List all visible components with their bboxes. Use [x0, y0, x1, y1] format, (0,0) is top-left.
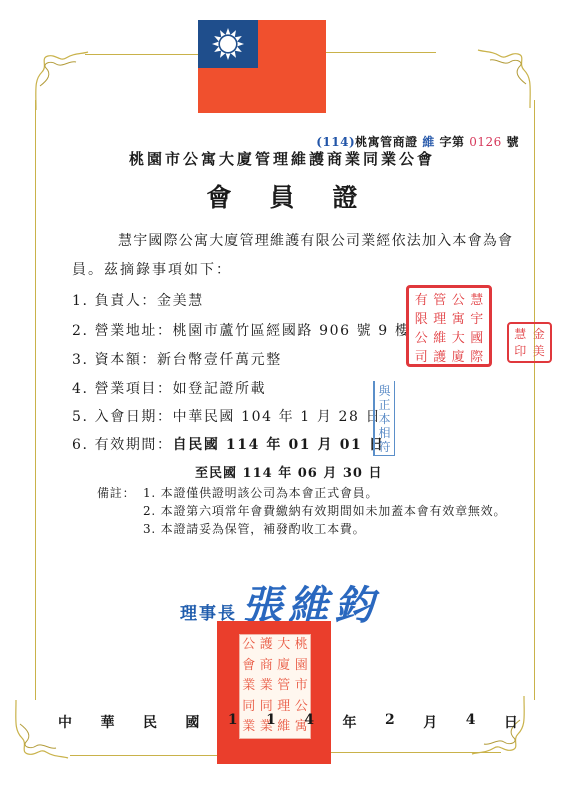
- seal-char: 國: [469, 330, 486, 347]
- seal-char: 會: [240, 656, 258, 677]
- seal-char: 宇: [469, 311, 486, 328]
- seal-char: 護: [432, 349, 449, 366]
- certificate-title: 會員證: [0, 178, 564, 214]
- seal-char: 司: [413, 349, 430, 366]
- cert-suffix: 號: [506, 135, 519, 149]
- date-year-digit: 1: [266, 712, 276, 732]
- stamp-char: 符: [375, 440, 394, 454]
- validity-end: 至民國 114 年 06 月 30 日: [195, 462, 382, 481]
- cert-prefix: (114): [316, 135, 355, 149]
- item-number: 2.: [72, 323, 89, 339]
- national-flag: [198, 20, 326, 113]
- item-label: 營業地址：: [95, 323, 173, 339]
- seal-char: 金: [530, 326, 549, 343]
- date-char: 年: [343, 712, 357, 732]
- seal-char: 園: [293, 656, 311, 677]
- association-seal: 公 護 大 桃 會 商 廈 園 業 業 管 市 同 同 理 公 業 業 維 寓: [217, 621, 331, 764]
- flag-canton: [198, 20, 258, 68]
- item-join-date: 5. 入會日期：中華民國 104 年 1 月 28 日: [72, 406, 381, 426]
- seal-char: 廈: [450, 349, 467, 366]
- seal-char: 業: [258, 676, 276, 697]
- date-char: 華: [100, 712, 114, 732]
- seal-char: 美: [530, 343, 549, 360]
- item-validity-period: 6. 有效期間：自民國 114 年 01 月 01 日: [72, 434, 384, 454]
- certified-copy-stamp: 與 正 本 相 符: [373, 381, 395, 456]
- stamp-char: 相: [375, 426, 394, 440]
- date-year-digit: 4: [304, 712, 314, 732]
- item-number: 4.: [72, 381, 89, 397]
- note-line-3: 3. 本證請妥為保管，補發酌收工本費。: [143, 520, 365, 537]
- person-seal: 慧 金 印 美: [507, 322, 552, 363]
- date-char: 日: [504, 712, 518, 732]
- date-char: 中: [58, 712, 72, 732]
- intro-line-2: 員。茲摘錄事項如下：: [72, 259, 232, 279]
- item-number: 3.: [72, 352, 89, 368]
- seal-char: 大: [450, 330, 467, 347]
- item-number: 6.: [72, 437, 89, 453]
- frame-top-right: [326, 52, 436, 53]
- date-month: 2: [385, 712, 395, 732]
- cert-issuer: 桃寓管商證: [355, 135, 418, 149]
- seal-char: 管: [275, 676, 293, 697]
- seal-char: 桃: [293, 635, 311, 656]
- ornament-corner-icon: [476, 48, 536, 108]
- item-value: 自民國 114 年 01 月 01 日: [173, 437, 385, 453]
- item-label: 有效期間：: [95, 437, 173, 453]
- seal-char: 管: [432, 292, 449, 309]
- organization-name: 桃園市公寓大廈管理維護商業同業公會: [0, 148, 564, 169]
- item-label: 資本額：: [95, 352, 157, 368]
- date-day: 4: [466, 712, 476, 732]
- seal-char: 理: [432, 311, 449, 328]
- item-value: 桃園市蘆竹區經國路 906 號 9 樓: [173, 323, 411, 339]
- stamp-char: 本: [375, 412, 394, 426]
- seal-char: 業: [240, 676, 258, 697]
- item-capital: 3. 資本額：新台幣壹仟萬元整: [72, 349, 282, 369]
- note-line-1: 1. 本證僅供證明該公司為本會正式會員。: [143, 484, 378, 501]
- item-label: 營業項目：: [95, 381, 173, 397]
- seal-char: 維: [432, 330, 449, 347]
- item-label: 負責人：: [95, 293, 157, 309]
- item-value: 如登記證所載: [173, 381, 267, 397]
- item-value: 金美慧: [157, 293, 204, 309]
- intro-line-1: 慧宇國際公寓大廈管理維護有限公司業經依法加入本會為會: [118, 230, 513, 250]
- stamp-char: 正: [375, 398, 394, 412]
- item-responsible-person: 1. 負責人：金美慧: [72, 290, 204, 310]
- item-business-address: 2. 營業地址：桃園市蘆竹區經國路 906 號 9 樓: [72, 320, 410, 340]
- seal-char: 大: [275, 635, 293, 656]
- seal-char: 公: [413, 330, 430, 347]
- seal-char: 公: [240, 635, 258, 656]
- note-line-2: 2. 本證第六項常年會費繳納有效期間如未加蓋本會有效章無效。: [143, 502, 506, 519]
- seal-char: 慧: [469, 292, 486, 309]
- seal-char: 護: [258, 635, 276, 656]
- cert-category: 維: [422, 135, 435, 149]
- seal-char: 市: [293, 676, 311, 697]
- seal-char: 有: [413, 292, 430, 309]
- seal-char: 商: [258, 656, 276, 677]
- item-value: 新台幣壹仟萬元整: [157, 352, 282, 368]
- seal-char: 際: [469, 349, 486, 366]
- seal-char: 印: [511, 343, 530, 360]
- item-number: 1.: [72, 293, 89, 309]
- issue-date: 中 華 民 國 1 1 4 年 2 月 4 日: [58, 712, 518, 732]
- ornament-corner-icon: [30, 50, 90, 110]
- seal-char: 公: [450, 292, 467, 309]
- seal-char: 寓: [450, 311, 467, 328]
- date-char: 民: [143, 712, 157, 732]
- stamp-char: 與: [375, 384, 394, 398]
- cert-word-label: 字第: [440, 135, 465, 149]
- frame-top-left: [85, 54, 198, 55]
- notes-label: 備註：: [97, 484, 135, 501]
- frame-bottom-left: [70, 755, 217, 756]
- item-value: 中華民國 104 年 1 月 28 日: [173, 409, 382, 425]
- company-seal: 有 管 公 慧 限 理 寓 宇 公 維 大 國 司 護 廈 際: [406, 285, 492, 367]
- seal-char: 慧: [511, 326, 530, 343]
- item-business-scope: 4. 營業項目：如登記證所載: [72, 378, 266, 398]
- seal-char: 限: [413, 311, 430, 328]
- date-year-digit: 1: [228, 712, 238, 732]
- cert-number: 0126: [469, 135, 502, 149]
- date-char: 月: [423, 712, 437, 732]
- seal-char: 廈: [275, 656, 293, 677]
- item-number: 5.: [72, 409, 89, 425]
- sun-icon: [198, 20, 258, 68]
- item-label: 入會日期：: [95, 409, 173, 425]
- date-char: 國: [185, 712, 199, 732]
